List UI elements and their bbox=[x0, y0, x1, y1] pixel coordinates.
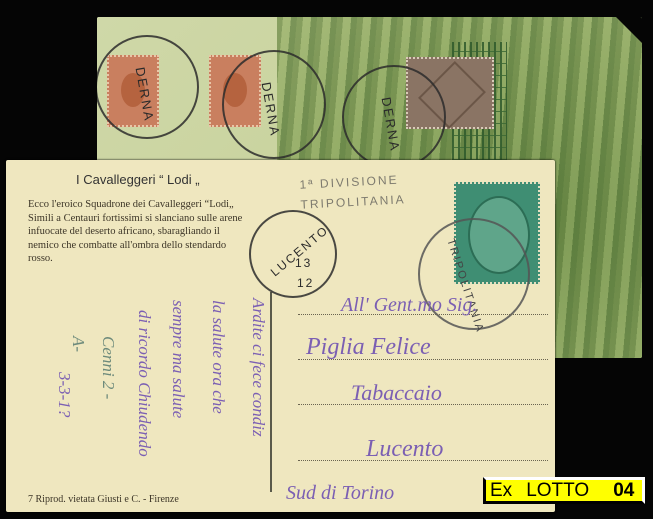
message-line: la salute ora che bbox=[208, 300, 228, 414]
card-description: Ecco l'eroico Squadrone dei Cavalleggeri… bbox=[28, 198, 248, 266]
publisher-line: 7 Riprod. vietata Giusti e C. - Firenze bbox=[28, 494, 179, 505]
pencil-note-line: TRIPOLITANIA bbox=[300, 189, 406, 214]
lot-label: Ex LOTTO 04 bbox=[483, 477, 645, 504]
postmark-year: 12 bbox=[297, 276, 314, 290]
message-line: 3-3-1? bbox=[54, 372, 74, 417]
message-line: Ardite ci fece condiz bbox=[248, 298, 268, 437]
address-town: Lucento bbox=[366, 436, 443, 463]
center-divider bbox=[270, 292, 272, 492]
address-region: Sud di Torino bbox=[286, 482, 394, 505]
message-line: di ricordo Chiudendo bbox=[134, 310, 154, 457]
message-line: sempre ma salute bbox=[168, 300, 188, 418]
message-line: A- bbox=[68, 336, 88, 352]
address-recipient-title: All' Gent.mo Sig. bbox=[341, 294, 477, 317]
card-title: I Cavalleggeri “ Lodi „ bbox=[76, 172, 200, 187]
address-name: Piglia Felice bbox=[306, 334, 431, 361]
cut-corner bbox=[616, 17, 642, 43]
lot-prefix: Ex bbox=[490, 480, 512, 502]
address-occupation: Tabaccaio bbox=[351, 380, 442, 406]
front-postcard: I Cavalleggeri “ Lodi „ Ecco l'eroico Sq… bbox=[6, 160, 555, 512]
pencil-note: 1ª DIVISIONE TRIPOLITANIA bbox=[299, 169, 406, 214]
postmark-day: 13 bbox=[295, 256, 312, 270]
lot-word: LOTTO bbox=[526, 480, 589, 502]
lot-number: 04 bbox=[613, 480, 634, 502]
message-line: Cenni 2 - bbox=[98, 336, 118, 399]
